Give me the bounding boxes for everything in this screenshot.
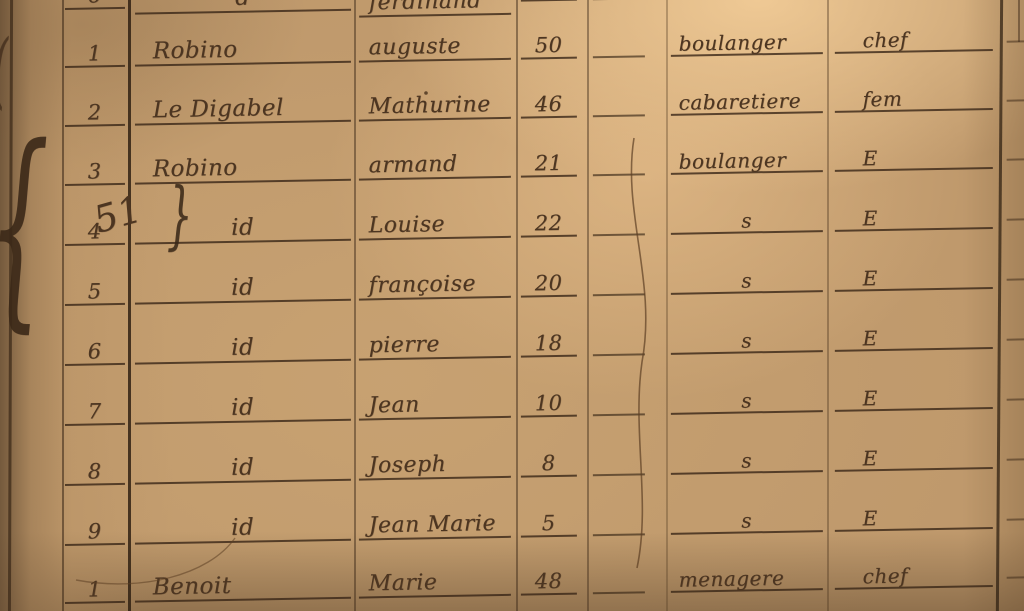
cell-surname: Benoit [134,553,351,603]
cell-age: 5 [520,491,577,538]
cell-age: 50 [520,13,577,60]
cell-surname: id [134,195,351,245]
cell-profession: boulanger [670,126,823,175]
cell-age: 18 [520,311,577,358]
cell-age: 8 [520,431,577,478]
household-brace-icon: { [0,118,50,334]
cell-blank [592,547,645,594]
cell-number: 1 [64,21,125,68]
cell-blank [592,249,645,296]
cell-firstname: auguste [358,14,511,63]
cell-surname: id [134,435,351,485]
cell-number: 1 [64,557,125,604]
cell-firstname: Louise [358,192,511,241]
cell-profession: s [670,186,823,235]
cell-profession: boulanger [670,8,823,57]
cell-margin-stub [1006,489,1024,520]
cell-blank [592,489,645,536]
cell-surname: id [134,255,351,305]
cell-position: fem [834,64,993,113]
margin-bracket-icon: ( [0,30,8,113]
cell-margin-stub [1006,547,1024,578]
cell-firstname: Joseph [358,432,511,481]
cell-age: 48 [520,549,577,596]
cell-number: 4 [64,199,125,246]
cell-age: 21 [520,131,577,178]
cell-profession: cabaretiere [670,67,823,116]
cell-blank [592,369,645,416]
cell-margin-stub [1006,11,1024,42]
cell-margin-stub [1006,249,1024,280]
cell-position: E [834,423,993,472]
cell-margin-stub [1006,429,1024,460]
cell-position: E [834,243,993,292]
cell-surname: Robino [134,17,351,67]
cell-position: E [834,123,993,172]
cell-age: 22 [520,191,577,238]
cell-profession: menagere [670,544,823,593]
cell-margin-stub [1006,189,1024,220]
cell-number: 2 [64,80,125,127]
cell-blank [592,129,645,176]
cell-position: E [834,483,993,532]
cell-number: 5 [64,259,125,306]
cell-number: 6 [64,319,125,366]
cell-age: 20 [520,251,577,298]
cell-firstname: armand [358,132,511,181]
cell-age: 46 [520,72,577,119]
cell-profession: s [670,426,823,475]
cell-profession: s [670,486,823,535]
cell-firstname: françoise [358,252,511,301]
cell-surname: id [134,375,351,425]
cell-firstname: pierre [358,312,511,361]
cell-position: E [834,183,993,232]
cell-margin-stub [1006,309,1024,340]
cell-age: 10 [520,371,577,418]
cell-position: chef [834,541,993,590]
cell-firstname: Marie [358,550,511,599]
cell-firstname: Jean Marie [358,492,511,541]
cell-blank [592,11,645,58]
cell-number: 3 [64,139,125,186]
document-photo: { ( } 51 6 d ferdinand 1 Robino auguste … [0,0,1024,611]
cell-blank [592,429,645,476]
cell-surname: id [134,315,351,365]
cell-profession: s [670,366,823,415]
cell-surname: id [134,495,351,545]
cell-number: 8 [64,439,125,486]
cell-margin-stub [1006,129,1024,160]
cell-position: E [834,303,993,352]
cell-profession: s [670,306,823,355]
cell-blank [592,70,645,117]
cell-position: chef [834,5,993,54]
cell-blank [592,189,645,236]
cell-position: E [834,363,993,412]
cell-firstname: Jean [358,372,511,421]
cell-blank [592,309,645,356]
cell-number: 9 [64,499,125,546]
cell-number: 7 [64,379,125,426]
cell-profession: s [670,246,823,295]
cell-surname: Robino [134,135,351,185]
cell-margin-stub [1006,70,1024,101]
cell-firstname: Mathurine [358,73,511,122]
cell-surname: Le Digabel [134,76,351,126]
cell-margin-stub [1006,369,1024,400]
